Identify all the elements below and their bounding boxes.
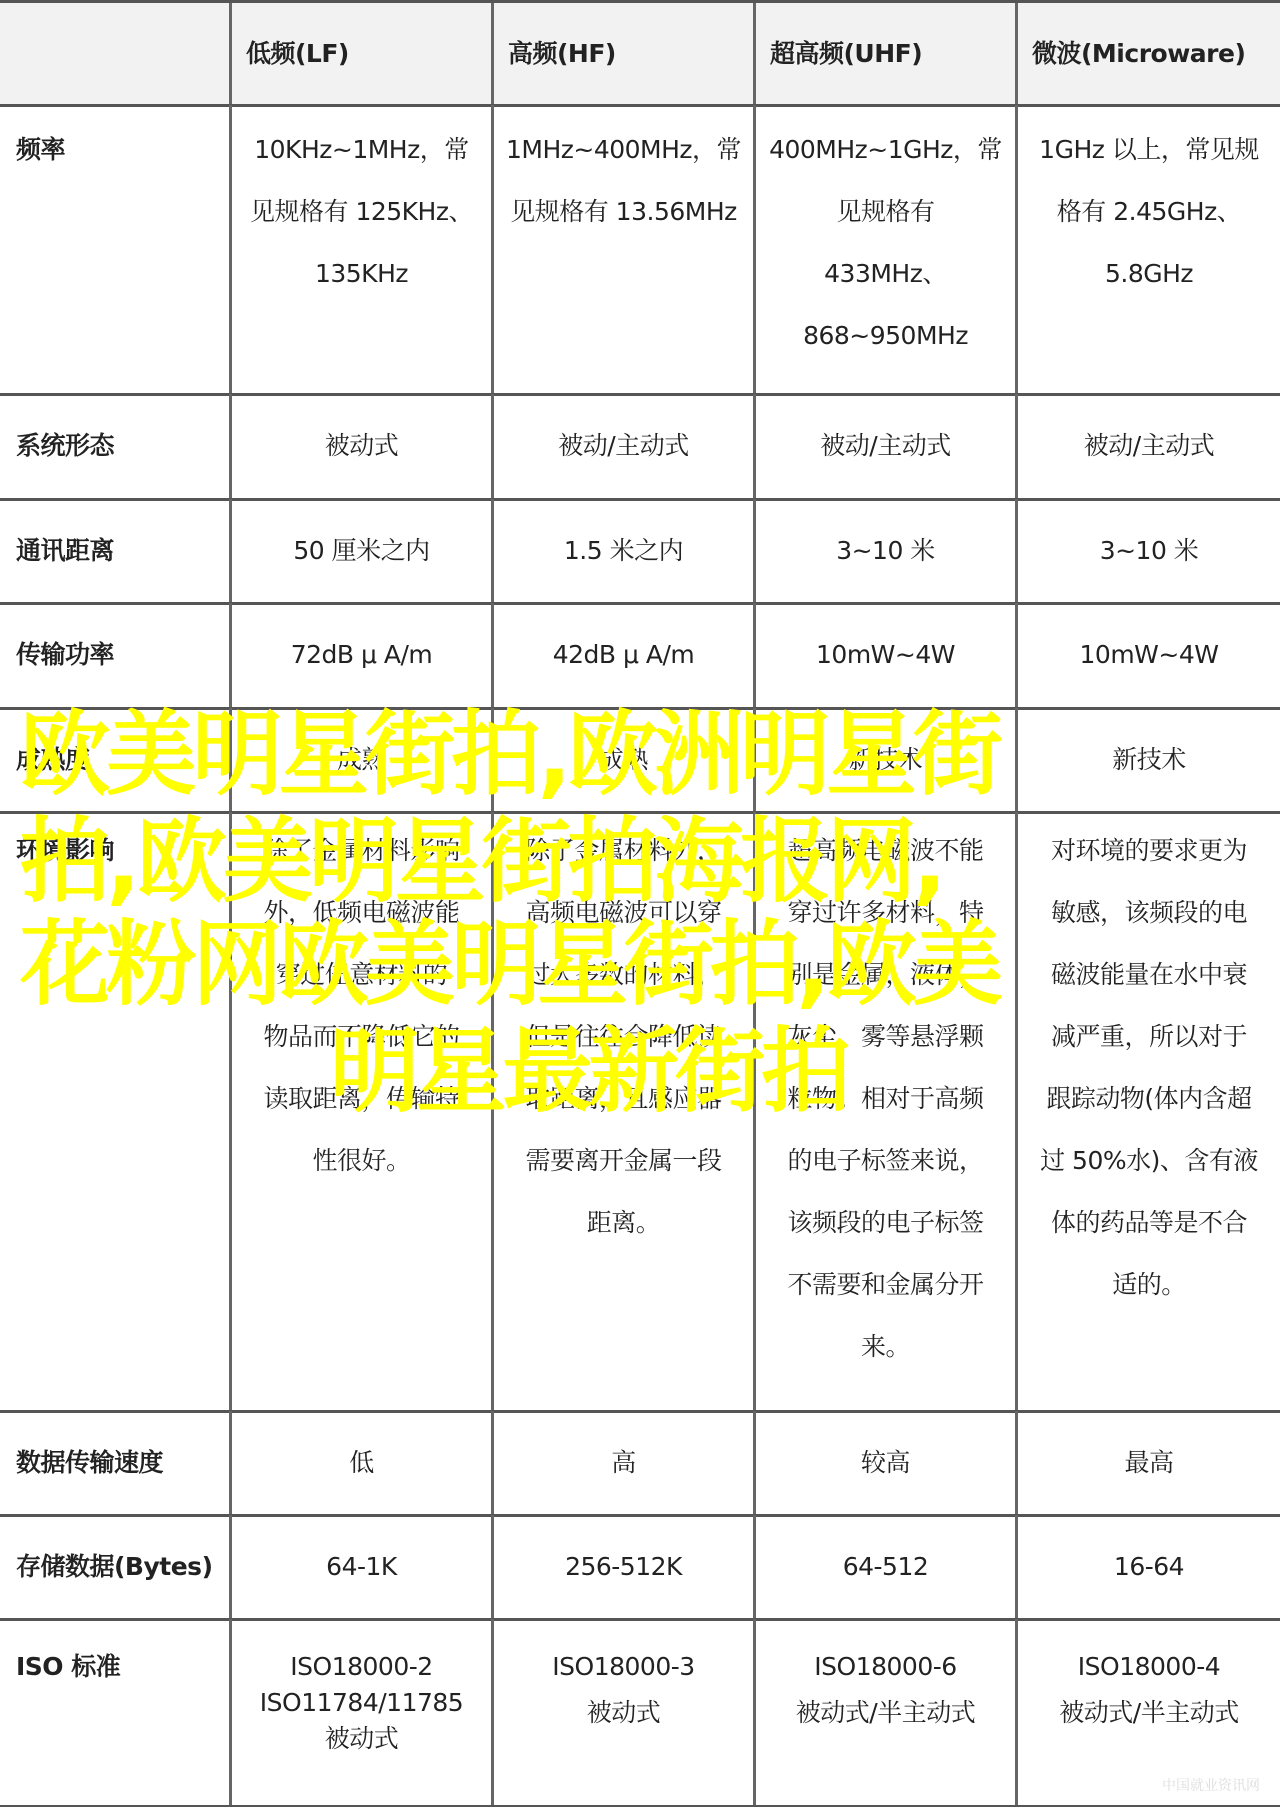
table-cell: 除了金属材料外，高频电磁波可以穿过大多数的材料，但是往往会降低读取距离，且感应器… [494,812,756,1410]
row-label: 系统形态 [0,394,232,498]
cell-line: 5.8GHz [1105,243,1193,305]
cell-line: 灰尘，雾等悬浮颗 [787,1006,983,1068]
table-cell: ISO18000-3被动式 [494,1619,756,1805]
cell-line: 被动/主动式 [1084,415,1214,477]
table-cell: 超高频电磁波不能穿过许多材料，特别是金属，液体，灰尘，雾等悬浮颗粒物。相对于高频… [756,812,1018,1410]
cell-line: 体的药品等是不合 [1051,1192,1247,1254]
cell-line: 16-64 [1114,1536,1184,1598]
cell-line: 除了金属材料外， [525,820,721,882]
row-frequency: 频率10KHz~1MHz，常见规格有 125KHz、135KHz1MHz~400… [0,105,1280,396]
cell-line: 的电子标签来说， [787,1130,983,1192]
table-cell: 10mW~4W [1018,603,1280,707]
header-hf: 高频(HF) [494,3,756,104]
cell-line: 成熟 [337,729,386,791]
table-cell: 3~10 米 [1018,499,1280,602]
cell-line: 见规格有 125KHz、 [250,181,473,243]
cell-line: 1GHz 以上，常见规 [1039,119,1259,181]
cell-line: ISO18000-2 [290,1649,432,1685]
cell-line: 距离。 [587,1192,661,1254]
table-cell: 新技术 [756,708,1018,811]
table-cell: 10mW~4W [756,603,1018,707]
row-label: 成熟度 [0,708,232,811]
cell-line: 物品而不降低它的 [263,1006,459,1068]
table-cell: 64-512 [756,1515,1018,1618]
cell-line: ISO18000-6 [814,1649,956,1685]
cell-line: 读取距离，传输特 [263,1068,459,1130]
cell-line: 1.5 米之内 [564,520,683,582]
row-label: 频率 [0,105,232,393]
cell-line: 超高频电磁波不能 [787,820,983,882]
row-system-type: 系统形态被动式被动/主动式被动/主动式被动/主动式 [0,394,1280,501]
site-watermark: 中国就业资讯网 [1162,1775,1260,1795]
table-cell: ISO18000-2ISO11784/11785被动式 [232,1619,494,1805]
cell-line: 外，低频电磁波能 [263,882,459,944]
cell-line: 别是金属，液体， [787,944,983,1006]
row-range: 通讯距离50 厘米之内1.5 米之内3~10 米3~10 米 [0,499,1280,605]
table-cell: 16-64 [1018,1515,1280,1618]
cell-line: 新技术 [1112,729,1186,791]
cell-line: 适的。 [1112,1254,1186,1316]
cell-line: 需要离开金属一段 [525,1130,721,1192]
header-uhf: 超高频(UHF) [756,3,1018,104]
cell-line: 最高 [1124,1432,1173,1494]
table-cell: 被动/主动式 [756,394,1018,498]
cell-line: 135KHz [315,243,408,305]
cell-line: 50 厘米之内 [293,520,429,582]
cell-line: 10mW~4W [816,624,955,686]
cell-line: 72dB μ A/m [291,624,433,686]
cell-line: 粒物。相对于高频 [787,1068,983,1130]
table-cell: 42dB μ A/m [494,603,756,707]
cell-line: 高 [611,1432,636,1494]
cell-line: 1MHz~400MHz，常 [506,119,741,181]
cell-line: 除了金属材料影响 [263,820,459,882]
table-cell: 400MHz~1GHz，常见规格有433MHz、868~950MHz [756,105,1018,393]
cell-line: 见规格有 [836,181,934,243]
cell-line: 400MHz~1GHz，常 [769,119,1002,181]
cell-line: 跟踪动物(体内含超 [1046,1068,1251,1130]
cell-line: 高频电磁波可以穿 [525,882,721,944]
cell-line: 新技术 [849,729,923,791]
table-cell: 高 [494,1411,756,1514]
header-lf: 低频(LF) [232,3,494,104]
cell-line: 见规格有 13.56MHz [510,181,737,243]
cell-line: 取距离，且感应器 [525,1068,721,1130]
cell-line: 被动/主动式 [820,415,950,477]
rfid-comparison-table: 低频(LF) 高频(HF) 超高频(UHF) 微波(Microware) 频率1… [0,0,1280,1807]
cell-line: 来。 [861,1316,910,1378]
table-cell: 256-512K [494,1515,756,1618]
cell-line: 成熟 [599,729,648,791]
cell-line: 过大多数的材料， [525,944,721,1006]
cell-line: 格有 2.45GHz、 [1057,181,1241,243]
cell-line: 但是往往会降低读 [525,1006,721,1068]
table-cell: 成熟 [232,708,494,811]
row-iso-standard: ISO 标准ISO18000-2ISO11784/11785被动式ISO1800… [0,1619,1280,1807]
cell-line: 被动式 [587,1695,661,1731]
cell-line: 3~10 米 [1100,520,1199,582]
cell-line: 被动式/半主动式 [796,1695,975,1731]
cell-line: 3~10 米 [836,520,935,582]
table-cell: 较高 [756,1411,1018,1514]
cell-line: 敏感，该频段的电 [1051,882,1247,944]
row-label: ISO 标准 [0,1619,232,1805]
cell-line: ISO11784/11785 [260,1685,463,1721]
cell-line: 减严重，所以对于 [1051,1006,1247,1068]
cell-line: 868~950MHz [803,305,968,367]
cell-line: 10mW~4W [1080,624,1219,686]
table-cell: 新技术 [1018,708,1280,811]
row-storage: 存储数据(Bytes)64-1K256-512K64-51216-64 [0,1515,1280,1621]
row-maturity: 成熟度成熟成熟新技术新技术 [0,708,1280,814]
cell-line: 磁波能量在水中衰 [1051,944,1247,1006]
table-cell: 低 [232,1411,494,1514]
cell-line: 256-512K [565,1536,682,1598]
cell-line: 64-512 [843,1536,929,1598]
cell-line: ISO18000-3 [552,1649,694,1685]
header-microwave: 微波(Microware) [1018,3,1280,104]
cell-line: 该频段的电子标签 [787,1192,983,1254]
cell-line: 被动式 [325,415,399,477]
cell-line: 低 [349,1432,374,1494]
table-cell: 50 厘米之内 [232,499,494,602]
row-label: 传输功率 [0,603,232,707]
table-cell: 1GHz 以上，常见规格有 2.45GHz、5.8GHz [1018,105,1280,393]
table-cell: 被动/主动式 [494,394,756,498]
table-cell: 被动/主动式 [1018,394,1280,498]
cell-line: ISO18000-4 [1078,1649,1220,1685]
row-environment: 环境影响除了金属材料影响外，低频电磁波能穿过任意材料的物品而不降低它的读取距离，… [0,812,1280,1413]
table-cell: 64-1K [232,1515,494,1618]
cell-line: 64-1K [326,1536,397,1598]
table-cell: 72dB μ A/m [232,603,494,707]
table-cell: 对环境的要求更为敏感，该频段的电磁波能量在水中衰减严重，所以对于跟踪动物(体内含… [1018,812,1280,1410]
cell-line: 433MHz、 [824,243,947,305]
table-cell: 1.5 米之内 [494,499,756,602]
cell-line: 过 50%水)、含有液 [1040,1130,1258,1192]
table-cell: 除了金属材料影响外，低频电磁波能穿过任意材料的物品而不降低它的读取距离，传输特性… [232,812,494,1410]
row-label: 存储数据(Bytes) [0,1515,232,1618]
row-data-rate: 数据传输速度低高较高最高 [0,1411,1280,1517]
row-label: 数据传输速度 [0,1411,232,1514]
cell-line: 42dB μ A/m [553,624,695,686]
header-row: 低频(LF) 高频(HF) 超高频(UHF) 微波(Microware) [0,0,1280,107]
cell-line: 被动式/半主动式 [1059,1695,1238,1731]
row-power: 传输功率72dB μ A/m42dB μ A/m10mW~4W10mW~4W [0,603,1280,710]
table-cell: 3~10 米 [756,499,1018,602]
table-cell: 成熟 [494,708,756,811]
cell-line: 对环境的要求更为 [1051,820,1247,882]
cell-line: 不需要和金属分开 [787,1254,983,1316]
cell-line: 被动/主动式 [558,415,688,477]
table-cell: 1MHz~400MHz，常见规格有 13.56MHz [494,105,756,393]
table-cell: 10KHz~1MHz，常见规格有 125KHz、135KHz [232,105,494,393]
row-label: 通讯距离 [0,499,232,602]
cell-line: 穿过许多材料，特 [787,882,983,944]
header-corner [0,3,232,104]
cell-line: 较高 [861,1432,910,1494]
table-cell: 最高 [1018,1411,1280,1514]
table-cell: 被动式 [232,394,494,498]
table-cell: ISO18000-6被动式/半主动式 [756,1619,1018,1805]
cell-line: 穿过任意材料的 [276,944,448,1006]
cell-line: 性很好。 [312,1130,410,1192]
cell-line: 被动式 [325,1721,399,1757]
cell-line: 10KHz~1MHz，常 [254,119,468,181]
row-label: 环境影响 [0,812,232,1410]
